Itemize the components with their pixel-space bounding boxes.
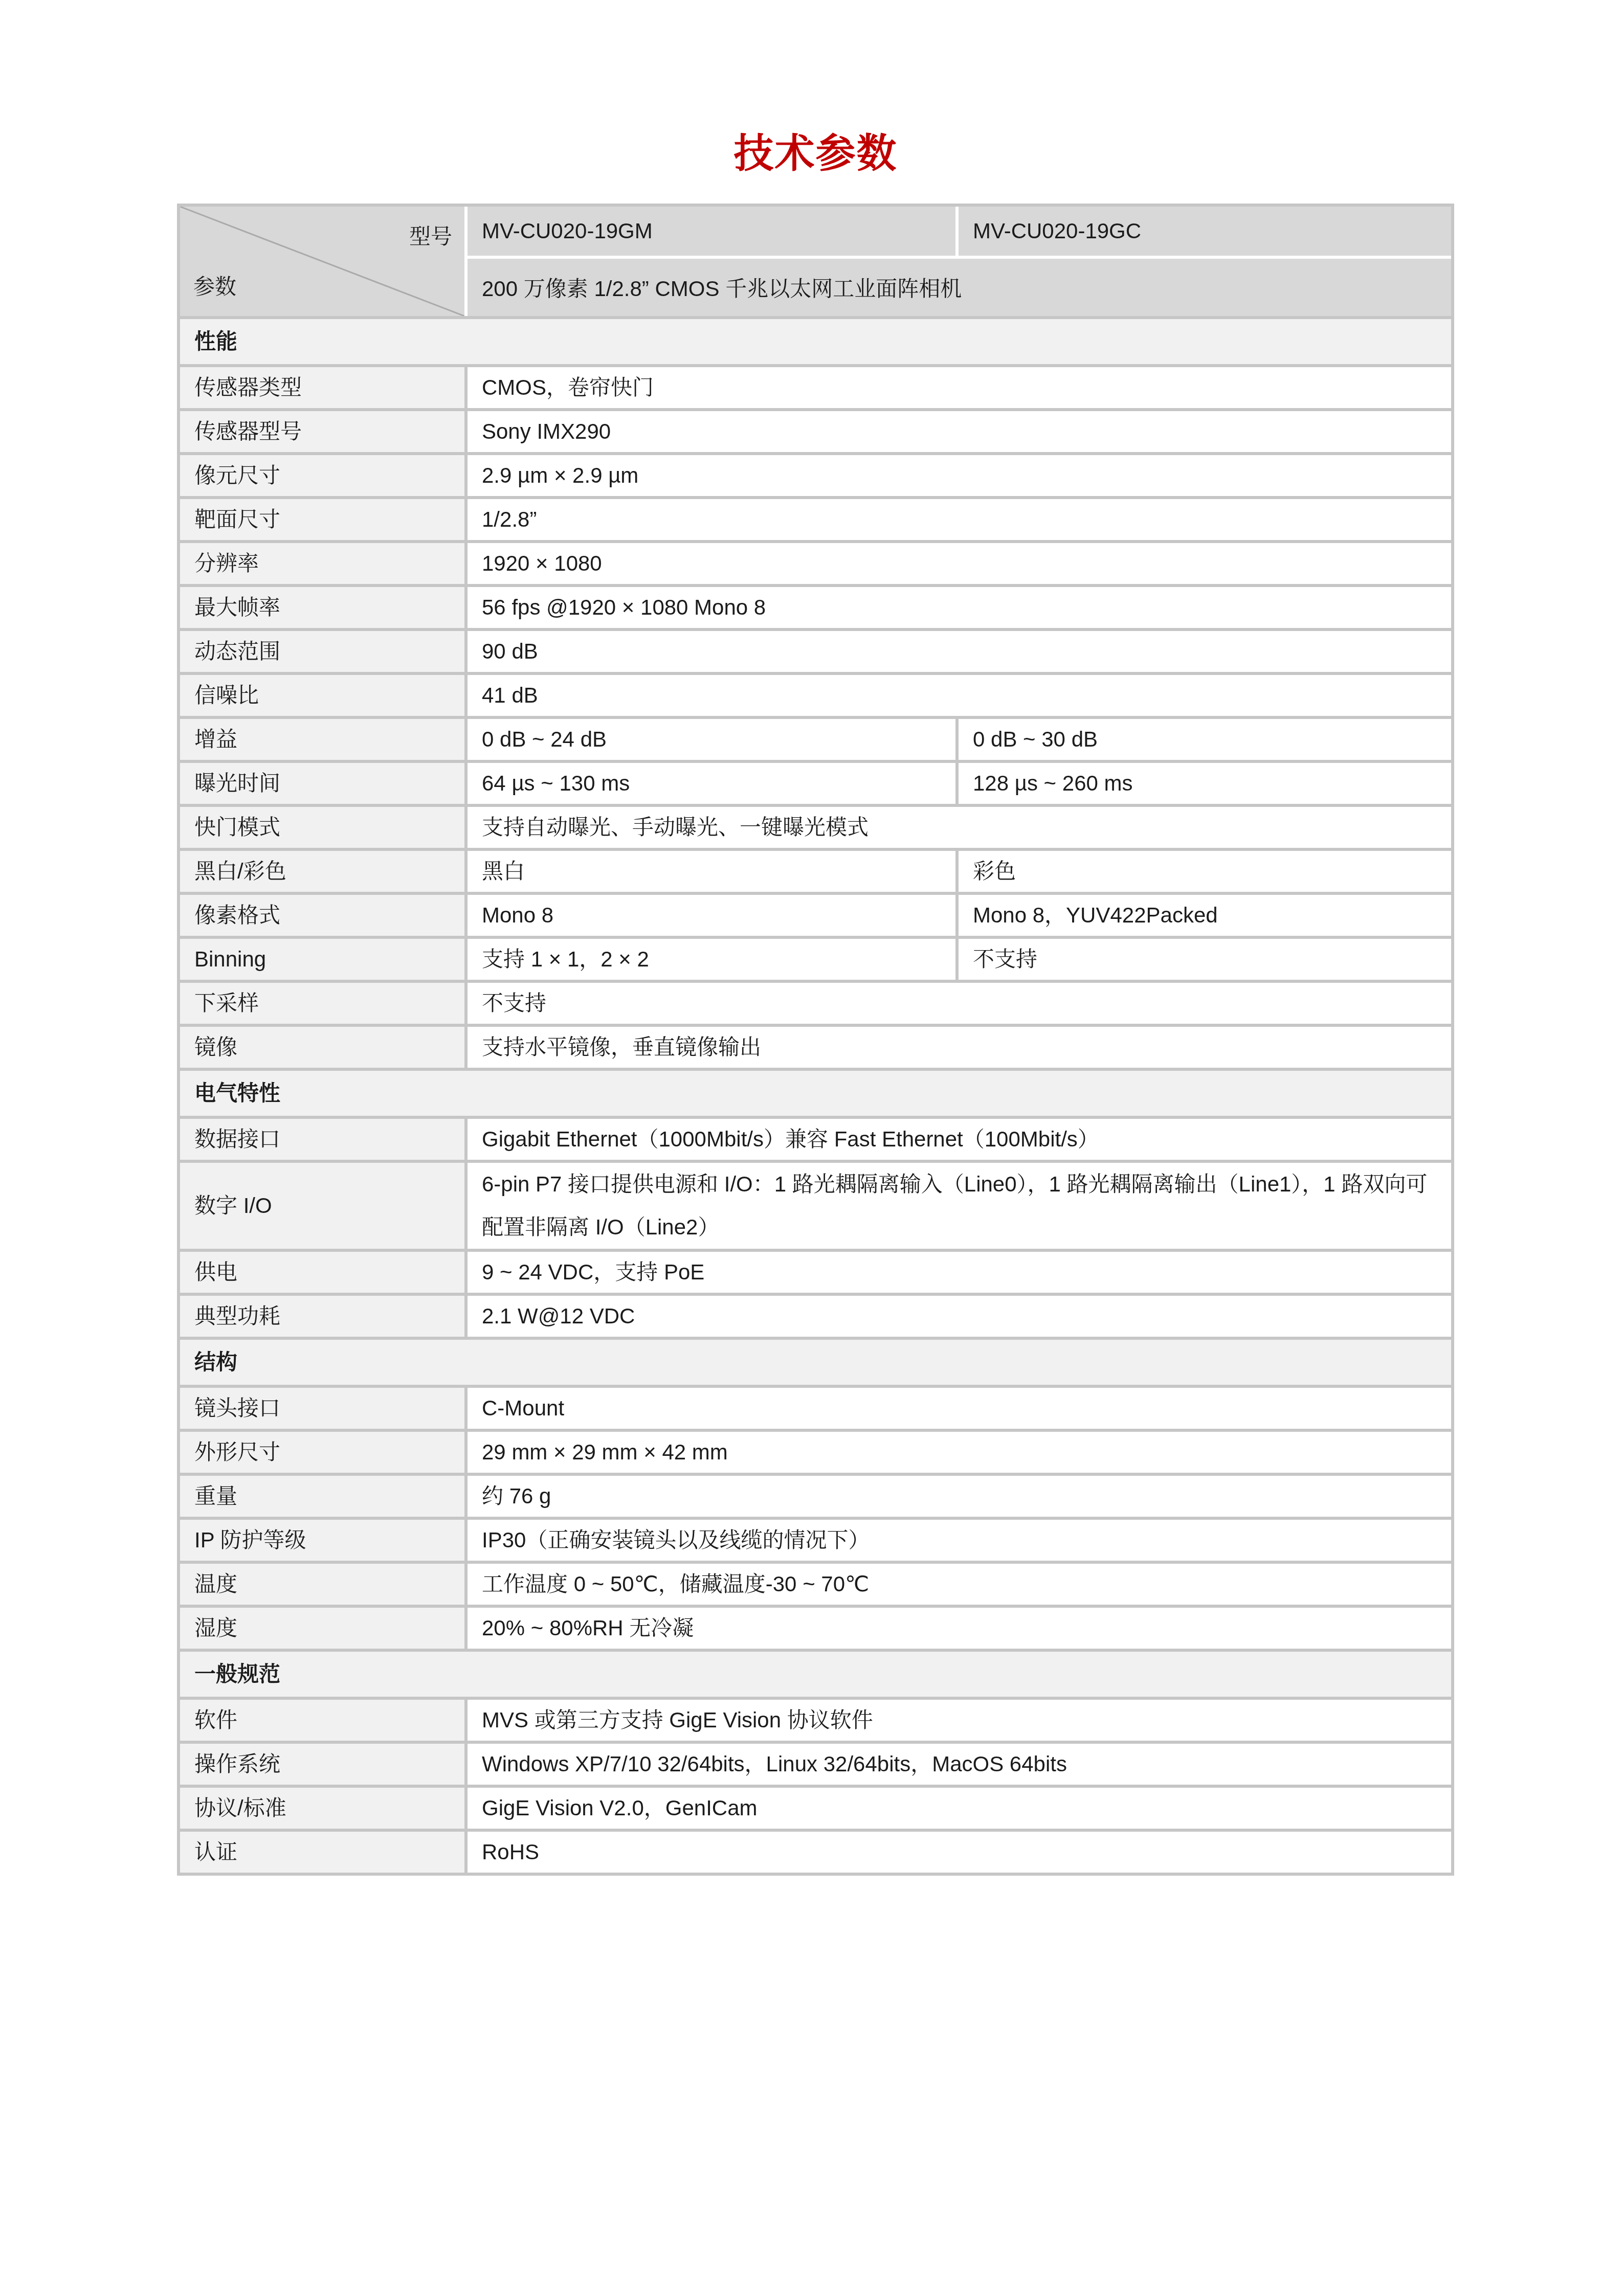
row-label-cell: 增益 <box>180 719 464 760</box>
row-label-cell: 传感器型号 <box>180 411 464 452</box>
row-value-cell: 90 dB <box>468 631 1451 672</box>
row-value-cell: 29 mm × 29 mm × 42 mm <box>468 1432 1451 1473</box>
row-value-cell: 不支持 <box>468 983 1451 1024</box>
row-label-cell: IP 防护等级 <box>180 1520 464 1561</box>
page-title: 技术参数 <box>177 122 1454 179</box>
row-label-cell: 认证 <box>180 1832 464 1873</box>
row-label-cell: 典型功耗 <box>180 1296 464 1337</box>
header-model-1: MV-CU020-19GM <box>468 207 955 256</box>
header-description: 200 万像素 1/2.8” CMOS 千兆以太网工业面阵相机 <box>468 259 1451 316</box>
row-value-cell: RoHS <box>468 1832 1451 1873</box>
row-label-cell: 信噪比 <box>180 675 464 716</box>
row-label-cell: 镜头接口 <box>180 1388 464 1429</box>
row-label-cell: 数字 I/O <box>180 1163 464 1249</box>
row-value-cell: MVS 或第三方支持 GigE Vision 协议软件 <box>468 1700 1451 1741</box>
row-label-cell: 像元尺寸 <box>180 455 464 496</box>
row-label-cell: 协议/标准 <box>180 1788 464 1829</box>
row-value-cell: 128 µs ~ 260 ms <box>959 763 1451 804</box>
row-value-cell: Sony IMX290 <box>468 411 1451 452</box>
row-value-cell: Gigabit Ethernet（1000Mbit/s）兼容 Fast Ethe… <box>468 1119 1451 1160</box>
row-value-cell: C-Mount <box>468 1388 1451 1429</box>
row-value-cell: 41 dB <box>468 675 1451 716</box>
row-value-cell: 彩色 <box>959 851 1451 892</box>
row-value-cell: 64 µs ~ 130 ms <box>468 763 955 804</box>
row-value-cell: CMOS，卷帘快门 <box>468 367 1451 408</box>
row-value-cell: Mono 8，YUV422Packed <box>959 895 1451 936</box>
row-value-cell: 0 dB ~ 30 dB <box>959 719 1451 760</box>
row-label-cell: 软件 <box>180 1700 464 1741</box>
row-value-cell: GigE Vision V2.0，GenICam <box>468 1788 1451 1829</box>
row-label-cell: 湿度 <box>180 1608 464 1649</box>
row-value-cell: 约 76 g <box>468 1476 1451 1517</box>
row-label-cell: 温度 <box>180 1564 464 1605</box>
row-value-cell: 支持 1 × 1，2 × 2 <box>468 939 955 980</box>
row-value-cell: Windows XP/7/10 32/64bits，Linux 32/64bit… <box>468 1744 1451 1785</box>
corner-label-param: 参数 <box>193 270 236 301</box>
row-label-cell: 数据接口 <box>180 1119 464 1160</box>
row-label-cell: 操作系统 <box>180 1744 464 1785</box>
row-label-cell: 下采样 <box>180 983 464 1024</box>
row-value-cell: 2.1 W@12 VDC <box>468 1296 1451 1337</box>
row-label-cell: 重量 <box>180 1476 464 1517</box>
row-value-cell: 0 dB ~ 24 dB <box>468 719 955 760</box>
header-corner-cell: 型号 参数 <box>180 207 464 316</box>
row-label-cell: 供电 <box>180 1252 464 1293</box>
row-value-cell: 2.9 µm × 2.9 µm <box>468 455 1451 496</box>
row-value-cell: 9 ~ 24 VDC，支持 PoE <box>468 1252 1451 1293</box>
row-value-cell: 1/2.8” <box>468 499 1451 540</box>
section-header: 性能 <box>180 319 1451 364</box>
header-model-2: MV-CU020-19GC <box>959 207 1451 256</box>
section-header: 一般规范 <box>180 1652 1451 1697</box>
row-label-cell: 传感器类型 <box>180 367 464 408</box>
row-value-cell: 支持水平镜像，垂直镜像输出 <box>468 1027 1451 1068</box>
row-value-cell: 56 fps @1920 × 1080 Mono 8 <box>468 587 1451 628</box>
row-label-cell: 分辨率 <box>180 543 464 584</box>
row-value-cell: Mono 8 <box>468 895 955 936</box>
row-label-cell: 靶面尺寸 <box>180 499 464 540</box>
row-value-cell: IP30（正确安装镜头以及线缆的情况下） <box>468 1520 1451 1561</box>
row-value-cell: 20% ~ 80%RH 无冷凝 <box>468 1608 1451 1649</box>
table-header: 型号 参数 MV-CU020-19GM MV-CU020-19GC 200 万像… <box>180 207 1451 316</box>
section-header: 电气特性 <box>180 1071 1451 1116</box>
row-value-cell: 6-pin P7 接口提供电源和 I/O：1 路光耦隔离输入（Line0），1 … <box>468 1163 1451 1249</box>
row-label-cell: 像素格式 <box>180 895 464 936</box>
document-page: 技术参数 型号 参数 MV-CU020-19GM MV-CU020-19GC 2… <box>0 0 1624 2296</box>
row-value-cell: 支持自动曝光、手动曝光、一键曝光模式 <box>468 807 1451 848</box>
row-value-cell: 工作温度 0 ~ 50℃，储藏温度-30 ~ 70℃ <box>468 1564 1451 1605</box>
row-label-cell: 外形尺寸 <box>180 1432 464 1473</box>
row-label-cell: 快门模式 <box>180 807 464 848</box>
section-header: 结构 <box>180 1340 1451 1385</box>
row-label-cell: 黑白/彩色 <box>180 851 464 892</box>
row-label-cell: Binning <box>180 939 464 980</box>
row-value-cell: 黑白 <box>468 851 955 892</box>
corner-label-model: 型号 <box>409 220 452 251</box>
spec-table: 型号 参数 MV-CU020-19GM MV-CU020-19GC 200 万像… <box>177 204 1454 1876</box>
row-label-cell: 镜像 <box>180 1027 464 1068</box>
row-label-cell: 曝光时间 <box>180 763 464 804</box>
row-value-cell: 不支持 <box>959 939 1451 980</box>
row-label-cell: 动态范围 <box>180 631 464 672</box>
table-body: 性能传感器类型CMOS，卷帘快门传感器型号Sony IMX290像元尺寸2.9 … <box>180 316 1451 1873</box>
row-label-cell: 最大帧率 <box>180 587 464 628</box>
row-value-cell: 1920 × 1080 <box>468 543 1451 584</box>
